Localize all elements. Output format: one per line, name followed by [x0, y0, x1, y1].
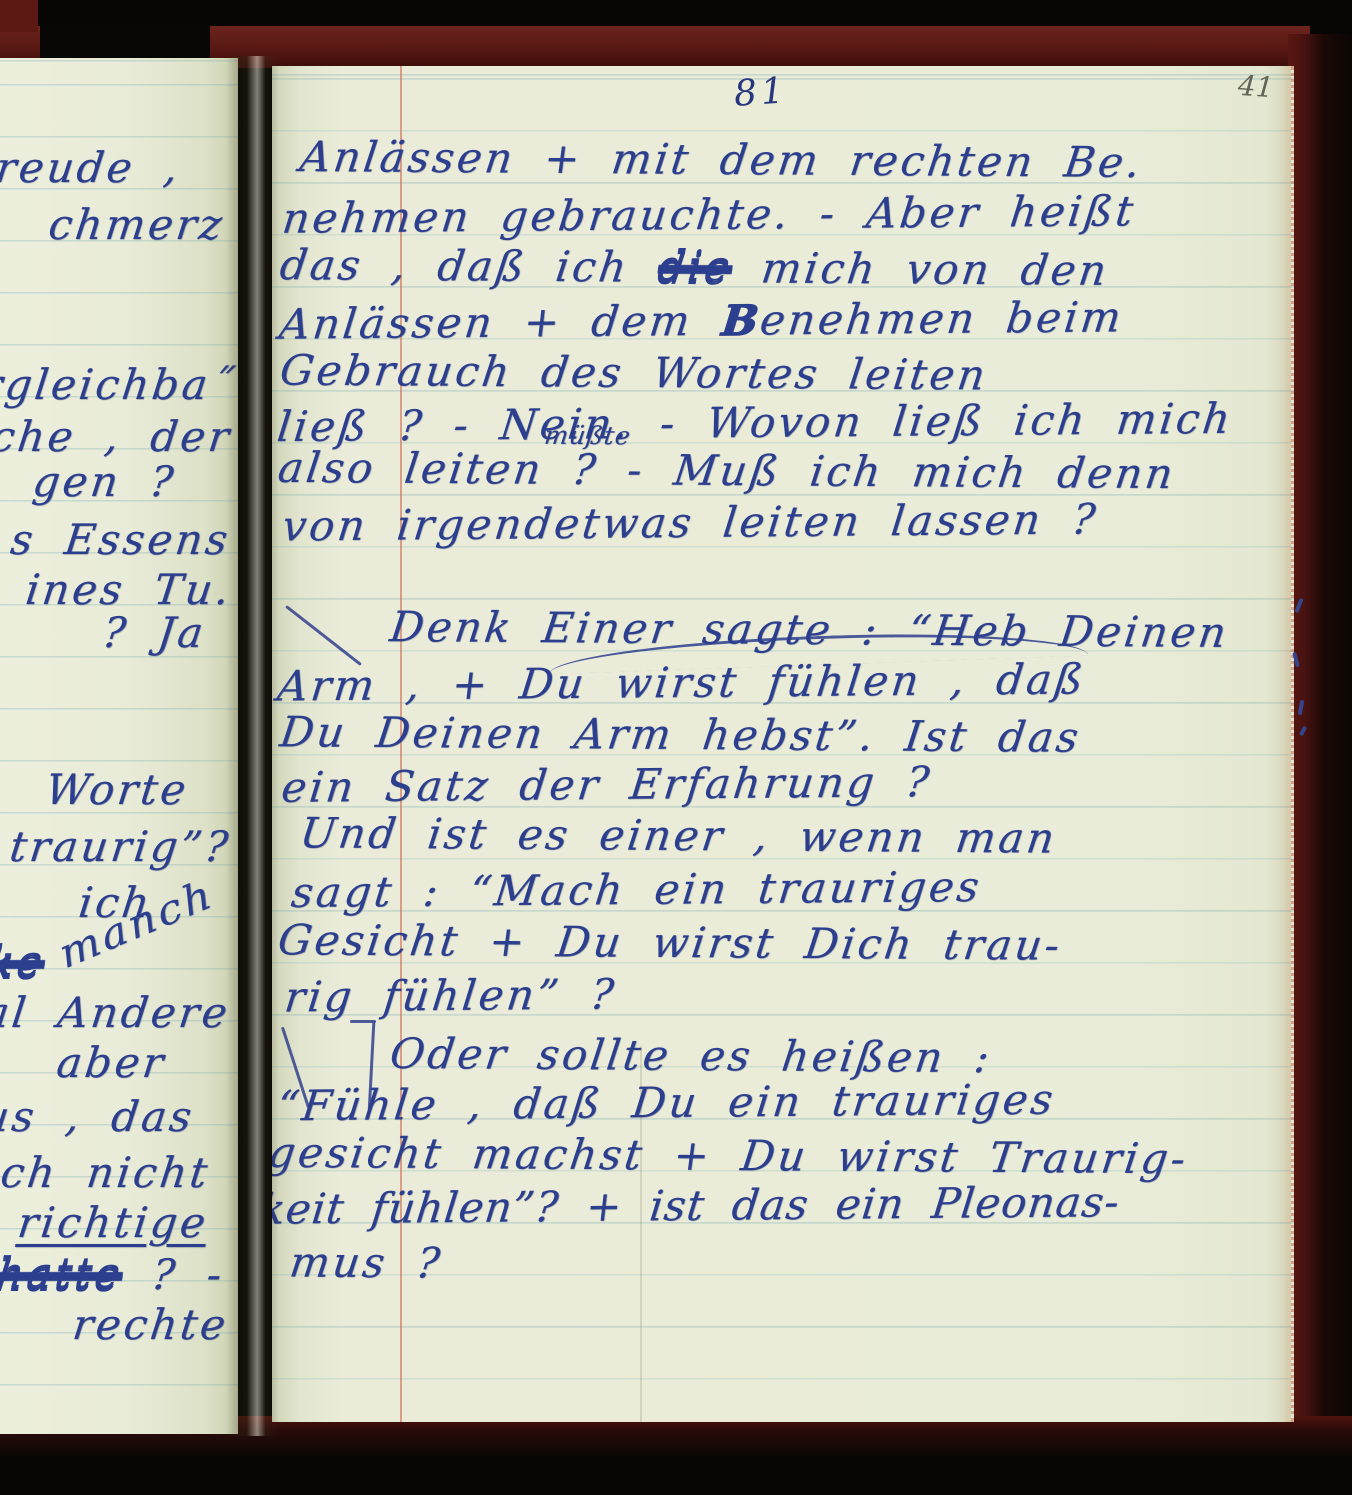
manuscript-line: cke manch — [0, 938, 235, 988]
manuscript-line: Und ist es einer , wenn man — [297, 808, 1060, 863]
manuscript-line: gen ? — [30, 457, 179, 507]
manuscript-line: von irgendetwas leiten lassen ? — [280, 494, 1101, 551]
struck-word: die — [655, 243, 735, 293]
manuscript-line: rechte — [70, 1300, 231, 1350]
cover-top-gap — [40, 26, 210, 60]
manuscript-line: aber — [54, 1038, 169, 1088]
manuscript-line-underlined: richtige — [15, 1198, 211, 1248]
manuscript-line: hatte ? - — [0, 1250, 227, 1300]
manuscript-line: eiche , der — [0, 412, 235, 462]
manuscript-line: also leiten ? - Muß ich mich denn müßte — [275, 443, 1178, 499]
section-bar-cap — [350, 1020, 376, 1023]
manuscript-line: “Fühle , daß Du ein trauriges — [275, 1075, 1059, 1132]
manuscript-line: ch nicht — [0, 1148, 213, 1198]
line-segment: enehmen beim — [758, 292, 1127, 344]
cover-corner-patch — [0, 0, 38, 32]
manuscript-line: Worte — [43, 765, 192, 815]
binding-gutter-shadow — [226, 56, 278, 1436]
manuscript-line: das , daß ich die mich von den — [277, 240, 1112, 296]
manuscript-line: Anlässen + dem Benehmen beim — [277, 292, 1127, 349]
page-number-ink: 81 — [733, 70, 790, 115]
manuscript-line: s Essens — [8, 515, 233, 565]
manuscript-line: ein Satz der Erfahrung ? — [279, 757, 935, 813]
struck-word: cke — [0, 938, 48, 987]
manuscript-line: traurig”? — [6, 822, 233, 872]
line-segment: Anlässen + dem — [277, 296, 725, 349]
manuscript-line: keit fühlen”? + ist das ein Pleonas- — [272, 1177, 1123, 1234]
interlinear-correction: müßte — [543, 423, 633, 449]
manuscript-line: al Andere — [0, 988, 233, 1038]
manuscript-line: gesicht machst + Du wirst Traurig- — [272, 1128, 1191, 1184]
manuscript-line: reude , — [0, 143, 183, 193]
cover-right-edge — [1288, 34, 1352, 1454]
overwritten-letter: B — [719, 295, 763, 344]
manuscript-line: rig fühlen” ? — [282, 970, 619, 1023]
line-segment: mich von den — [729, 243, 1112, 295]
manuscript-line: us , das — [0, 1092, 197, 1142]
line-segment: Muß ich mich denn — [671, 446, 1179, 499]
right-page: Anlässen + mit dem rechten Be. nehmen ge… — [272, 66, 1294, 1422]
manuscript-line: nehmen gebrauchte. - Aber heißt — [280, 186, 1139, 243]
line-segment: das , daß ich — [277, 240, 661, 292]
manuscript-line: chmerz — [45, 200, 227, 250]
manuscript-line: Gesicht + Du wirst Dich trau- — [275, 915, 1065, 970]
folio-number-pencil: 41 — [1237, 69, 1275, 104]
manuscript-line: rgleichba˝ — [0, 360, 237, 410]
manuscript-line: Du Deinen Arm hebst”. Ist das — [277, 707, 1084, 763]
fragment-tail: ? - — [149, 1250, 227, 1299]
struck-word: hatte — [0, 1250, 126, 1299]
manuscript-line: mus ? — [287, 1237, 446, 1288]
manuscript-line: ? Ja — [100, 608, 209, 658]
manuscript-line: Anlässen + mit dem rechten Be. — [297, 132, 1146, 188]
left-page: reude , chmerz rgleichba˝ eiche , der ge… — [0, 58, 238, 1434]
notebook-photo: reude , chmerz rgleichba˝ eiche , der ge… — [0, 0, 1352, 1495]
manuscript-line: Gebrauch des Wortes leiten — [277, 346, 991, 401]
line-segment: also leiten ? - — [275, 443, 677, 495]
manuscript-line: sagt : “Mach ein trauriges — [289, 862, 985, 918]
page-fore-edge — [1265, 66, 1294, 1422]
